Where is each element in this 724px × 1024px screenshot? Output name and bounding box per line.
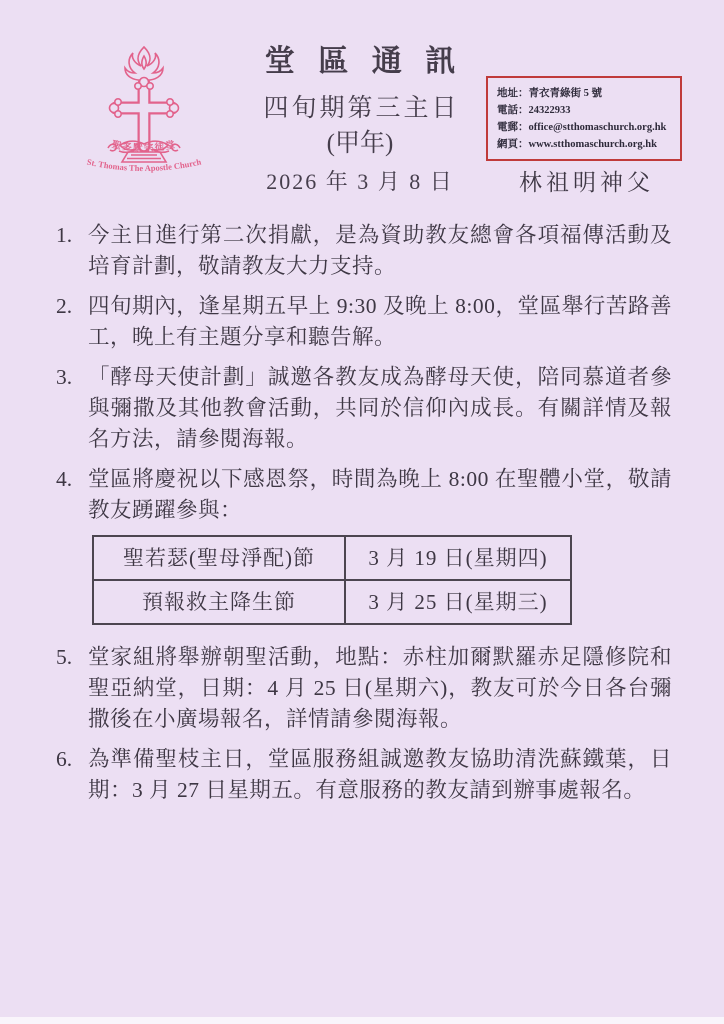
- notice-text: 「酵母天使計劃」誠邀各教友成為酵母天使，陪同慕道者參與彌撒及其他教會活動，共同於…: [88, 362, 672, 455]
- priest-name: 林祖明神父: [519, 164, 654, 197]
- feast-name-cell: 預報救主降生節: [93, 580, 345, 624]
- address-label: 地址：: [497, 88, 529, 99]
- notice-text: 堂家組將舉辦朝聖活動，地點：赤柱加爾默羅赤足隱修院和聖亞納堂，日期：4 月 25…: [88, 642, 672, 735]
- notice-item-5: 5. 堂家組將舉辦朝聖活動，地點：赤柱加爾默羅赤足隱修院和聖亞納堂，日期：4 月…: [56, 642, 672, 735]
- notice-text: 堂區將慶祝以下感恩祭，時間為晚上 8:00 在聖體小堂，敬請教友踴躍參與：: [88, 464, 672, 526]
- website-label: 網頁：: [497, 139, 529, 150]
- header-title-block: 堂 區 通 訊 四旬期第三主日 (甲年) 2026 年 3 月 8 日: [233, 44, 487, 196]
- notice-list: 1. 今主日進行第二次捐獻，是為資助教友總會各項福傳活動及培育計劃，敬請教友大力…: [56, 220, 672, 815]
- phone-value: 24322933: [529, 105, 571, 116]
- newsletter-page: 聖多默宗徒堂 St. Thomas The Apostle Church 堂 區…: [0, 0, 724, 1024]
- email-row: 電郵：office@stthomaschurch.org.hk: [497, 119, 672, 136]
- email-label: 電郵：: [497, 122, 529, 133]
- address-value: 青衣青綠街 5 號: [529, 88, 603, 99]
- contact-box: 地址：青衣青綠街 5 號 電話：24322933 電郵：office@sttho…: [486, 76, 682, 161]
- notice-number: 5.: [56, 642, 88, 735]
- church-logo: 聖多默宗徒堂 St. Thomas The Apostle Church: [70, 44, 218, 184]
- notice-text: 為準備聖枝主日，堂區服務組誠邀教友協助清洗蘇鐵葉，日期：3 月 27 日星期五。…: [88, 744, 672, 806]
- website-value: www.stthomaschurch.org.hk: [529, 139, 657, 150]
- notice-number: 3.: [56, 362, 88, 455]
- email-value: office@stthomaschurch.org.hk: [529, 122, 667, 133]
- newsletter-title: 堂 區 通 訊: [233, 44, 487, 80]
- flame-icon: [125, 47, 163, 80]
- notice-item-4: 4. 堂區將慶祝以下感恩祭，時間為晚上 8:00 在聖體小堂，敬請教友踴躍參與：: [56, 464, 672, 526]
- feast-name-cell: 聖若瑟(聖母淨配)節: [93, 536, 345, 580]
- issue-date: 2026 年 3 月 8 日: [233, 168, 487, 196]
- notice-text: 四旬期內，逢星期五早上 9:30 及晚上 8:00，堂區舉行苦路善工，晚上有主題…: [88, 291, 672, 353]
- notice-item-3: 3. 「酵母天使計劃」誠邀各教友成為酵母天使，陪同慕道者參與彌撒及其他教會活動，…: [56, 362, 672, 455]
- paper-bottom-edge: [0, 1017, 724, 1024]
- budded-cross-icon: [110, 78, 179, 147]
- notice-item-1: 1. 今主日進行第二次捐獻，是為資助教友總會各項福傳活動及培育計劃，敬請教友大力…: [56, 220, 672, 282]
- liturgical-year: (甲年): [233, 129, 487, 159]
- phone-label: 電話：: [497, 105, 529, 116]
- phone-row: 電話：24322933: [497, 102, 672, 119]
- sunday-subtitle: 四旬期第三主日: [233, 94, 487, 124]
- website-row: 網頁：www.stthomaschurch.org.hk: [497, 136, 672, 153]
- notice-number: 2.: [56, 291, 88, 353]
- table-row: 聖若瑟(聖母淨配)節 3 月 19 日(星期四): [93, 536, 571, 580]
- feast-date-cell: 3 月 25 日(星期三): [345, 580, 571, 624]
- notice-text: 今主日進行第二次捐獻，是為資助教友總會各項福傳活動及培育計劃，敬請教友大力支持。: [88, 220, 672, 282]
- notice-number: 1.: [56, 220, 88, 282]
- notice-item-6: 6. 為準備聖枝主日，堂區服務組誠邀教友協助清洗蘇鐵葉，日期：3 月 27 日星…: [56, 744, 672, 806]
- notice-number: 6.: [56, 744, 88, 806]
- notice-number: 4.: [56, 464, 88, 526]
- table-row: 預報救主降生節 3 月 25 日(星期三): [93, 580, 571, 624]
- address-row: 地址：青衣青綠街 5 號: [497, 85, 672, 102]
- feast-table: 聖若瑟(聖母淨配)節 3 月 19 日(星期四) 預報救主降生節 3 月 25 …: [92, 535, 572, 625]
- feast-date-cell: 3 月 19 日(星期四): [345, 536, 571, 580]
- notice-item-2: 2. 四旬期內，逢星期五早上 9:30 及晚上 8:00，堂區舉行苦路善工，晚上…: [56, 291, 672, 353]
